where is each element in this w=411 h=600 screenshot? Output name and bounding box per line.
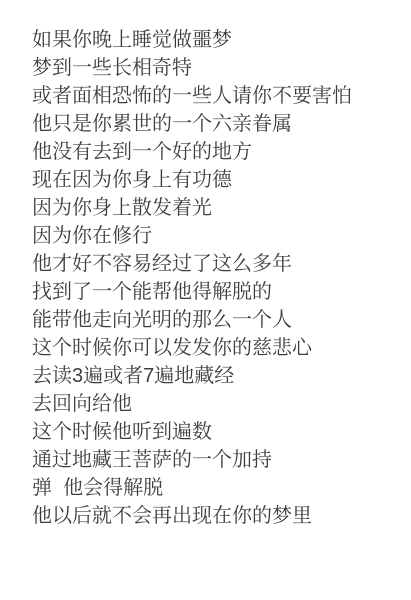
text-line: 去读3遍或者7遍地藏经 bbox=[32, 362, 401, 390]
text-line: 梦到一些长相奇特 bbox=[32, 54, 401, 82]
text-line: 这个时候你可以发发你的慈悲心 bbox=[32, 334, 401, 362]
text-line: 现在因为你身上有功德 bbox=[32, 166, 401, 194]
text-line: 如果你晚上睡觉做噩梦 bbox=[32, 26, 401, 54]
text-line: 他才好不容易经过了这么多年 bbox=[32, 250, 401, 278]
text-line: 他没有去到一个好的地方 bbox=[32, 138, 401, 166]
text-line: 通过地藏王菩萨的一个加持 bbox=[32, 446, 401, 474]
text-line: 弹 他会得解脱 bbox=[32, 474, 401, 502]
text-line: 因为你在修行 bbox=[32, 222, 401, 250]
text-line: 他以后就不会再出现在你的梦里 bbox=[32, 502, 401, 530]
text-line: 去回向给他 bbox=[32, 390, 401, 418]
text-line: 找到了一个能帮他得解脱的 bbox=[32, 278, 401, 306]
text-line: 因为你身上散发着光 bbox=[32, 194, 401, 222]
text-line: 这个时候他听到遍数 bbox=[32, 418, 401, 446]
text-line: 能带他走向光明的那么一个人 bbox=[32, 306, 401, 334]
text-line: 他只是你累世的一个六亲眷属 bbox=[32, 110, 401, 138]
text-document: 如果你晚上睡觉做噩梦 梦到一些长相奇特 或者面相恐怖的一些人请你不要害怕 他只是… bbox=[0, 0, 411, 600]
text-line: 或者面相恐怖的一些人请你不要害怕 bbox=[32, 82, 401, 110]
